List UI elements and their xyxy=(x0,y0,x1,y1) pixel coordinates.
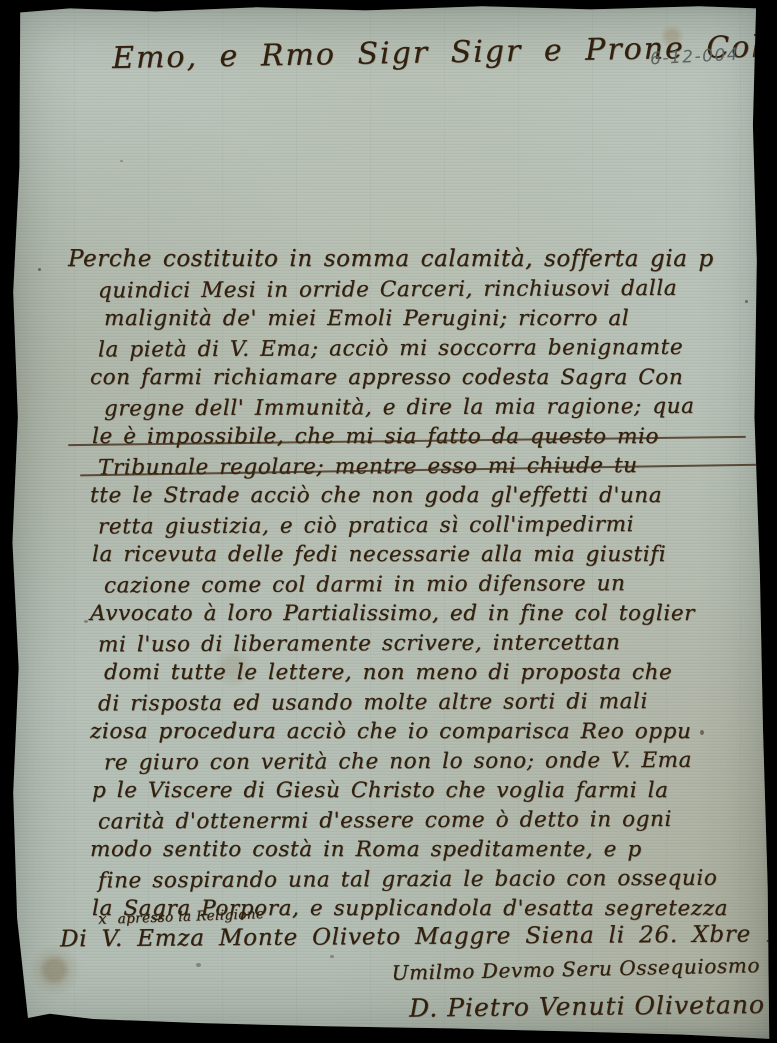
ink-speck xyxy=(84,620,88,623)
closing-formula: Umilmo Devmo Seru Ossequiosmo xyxy=(390,953,760,985)
letter-body: Perche costituito in somma calamità, sof… xyxy=(92,245,764,924)
archive-reference: 6-12-004 xyxy=(650,45,740,70)
dateline: Di V. Emza Monte Oliveto Maggre Siena li… xyxy=(60,922,740,953)
ink-speck xyxy=(700,730,704,735)
salutation-line: Emo, e Rmo Sigr Sigr e Prone Colmo xyxy=(112,31,693,76)
body-line: ziosa procedura acciò che io comparisca … xyxy=(90,717,764,747)
body-line: re giuro con verità che non lo sono; ond… xyxy=(104,745,764,777)
body-line: fine sospirando una tal grazia le bacio … xyxy=(98,863,764,895)
body-line: malignità de' miei Emoli Perugini; ricor… xyxy=(104,304,764,334)
body-line: gregne dell' Immunità, e dire la mia rag… xyxy=(104,391,764,423)
ink-speck xyxy=(196,963,201,967)
ink-speck xyxy=(640,880,643,883)
body-line: tte le Strade acciò che non goda gl'effe… xyxy=(90,481,764,511)
ink-speck xyxy=(120,160,123,162)
body-line: quindici Mesi in orride Carceri, rinchiu… xyxy=(98,273,764,305)
body-line: retta giustizia, e ciò pratica sì coll'i… xyxy=(98,509,764,541)
insertion-text: apresso la Religione xyxy=(117,906,264,927)
signature: D. Pietro Venuti Olivetano xyxy=(370,990,765,1023)
body-line: Avvocato à loro Partialissimo, ed in fin… xyxy=(90,599,764,629)
body-line: domi tutte le lettere, non meno di propo… xyxy=(104,658,764,688)
body-line: Perche costituito in somma calamità, sof… xyxy=(68,245,764,275)
body-line: con farmi richiamare appresso codesta Sa… xyxy=(90,363,764,393)
body-line: p le Viscere di Giesù Christo che voglia… xyxy=(92,776,764,806)
ink-speck xyxy=(330,955,334,958)
body-line: cazione come col darmi in mio difensore … xyxy=(104,568,764,600)
ink-speck xyxy=(745,300,748,303)
body-line: la pietà di V. Ema; acciò mi soccorra be… xyxy=(98,332,764,364)
paper-sheet: Emo, e Rmo Sigr Sigr e Prone Colmo 6-12-… xyxy=(0,0,777,1043)
body-line: mi l'uso di liberamente scrivere, interc… xyxy=(98,627,764,659)
body-line: modo sentito costà in Roma speditamente,… xyxy=(90,835,764,865)
body-line: la ricevuta delle fedi necessarie alla m… xyxy=(92,540,764,570)
body-line: di risposta ed usando molte altre sorti … xyxy=(98,686,764,718)
ink-speck xyxy=(38,268,41,271)
body-line: carità d'ottenermi d'essere come ò detto… xyxy=(98,804,764,836)
